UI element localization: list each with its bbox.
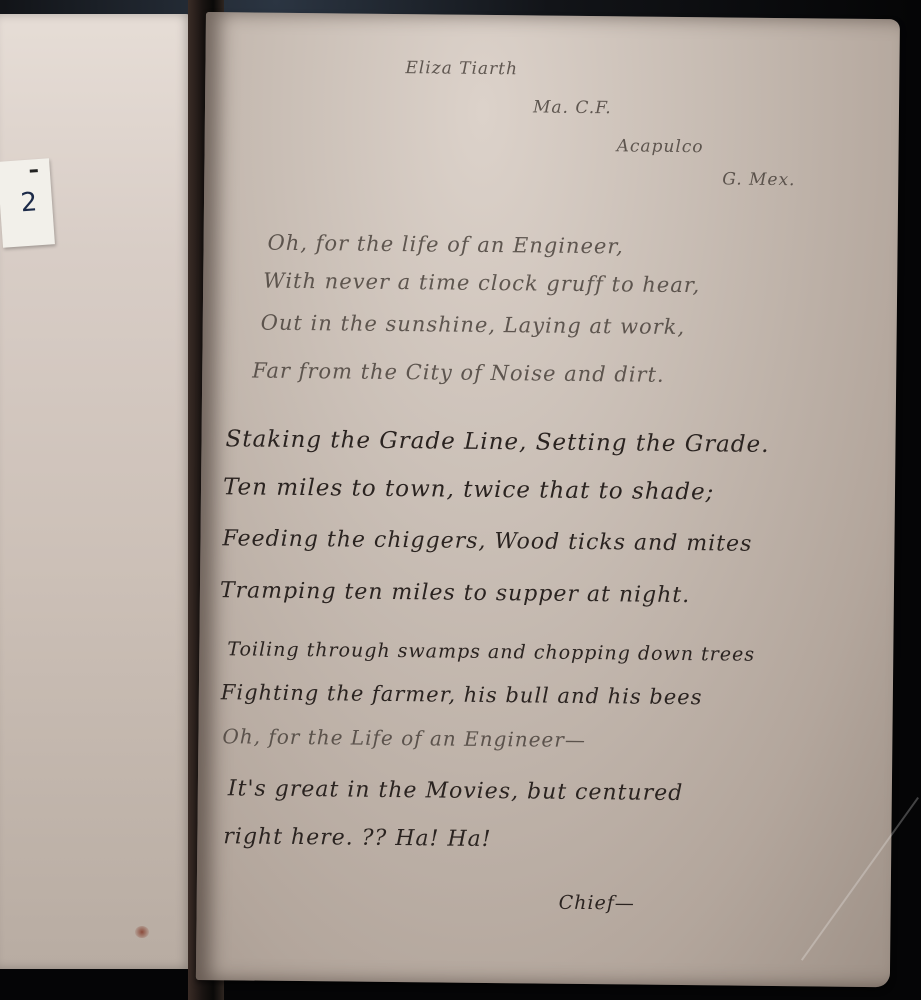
- header-line-3: Acapulco: [617, 136, 704, 157]
- page-number-tag: 2: [0, 158, 55, 247]
- poem-line: It's great in the Movies, but centured: [228, 776, 684, 806]
- foxing-stain: [135, 926, 149, 938]
- page-number: 2: [20, 187, 39, 218]
- header-line-4: G. Mex.: [722, 169, 795, 190]
- header-name: Eliza Tiarth: [405, 58, 518, 79]
- poem-line: Toiling through swamps and chopping down…: [227, 638, 755, 666]
- poem-line: With never a time clock gruff to hear,: [263, 269, 700, 298]
- right-page: Eliza Tiarth Ma. C.F. Acapulco G. Mex. O…: [196, 12, 900, 987]
- tag-mark: [30, 169, 38, 173]
- poem-line: Out in the sunshine, Laying at work,: [261, 311, 686, 339]
- poem-line: Staking the Grade Line, Setting the Grad…: [225, 426, 769, 458]
- poem-line: Oh, for the life of an Engineer,: [267, 231, 623, 259]
- poem-line: Far from the City of Noise and dirt.: [252, 359, 665, 387]
- poem-line: Fighting the farmer, his bull and his be…: [221, 680, 703, 709]
- poem-line: Ten miles to town, twice that to shade;: [223, 474, 715, 505]
- poem-line: Oh, for the Life of an Engineer—: [222, 724, 586, 752]
- header-line-2: Ma. C.F.: [533, 97, 612, 118]
- left-page: 2: [0, 14, 192, 969]
- poem-line: Tramping ten miles to supper at night.: [220, 578, 691, 608]
- signature: Chief—: [559, 892, 635, 915]
- poem-line: right here. ?? Ha! Ha!: [223, 824, 491, 852]
- poem-line: Feeding the chiggers, Wood ticks and mit…: [222, 526, 752, 557]
